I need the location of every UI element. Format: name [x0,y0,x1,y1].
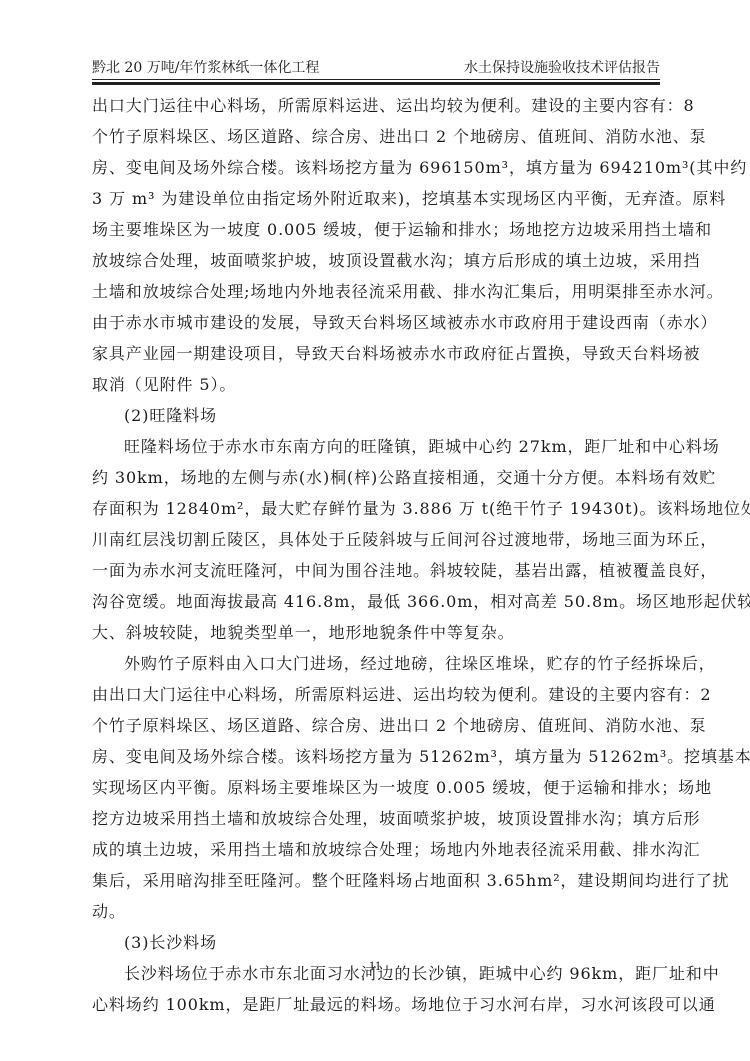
document-body: 出口大门运往中心料场，所需原料运进、运出均较为便利。建设的主要内容有：8个竹子原… [92,90,660,1020]
header-project-title: 黔北 20 万吨/年竹浆林纸一体化工程 [92,57,319,77]
header-report-title: 水土保持设施验收技术评估报告 [464,57,660,77]
text-line: 场主要堆垛区为一坡度 0.005 缓坡，便于运输和排水；场地挖方边坡采用挡土墙和 [92,214,660,245]
text-line: 旺隆料场位于赤水市东南方向的旺隆镇，距城中心约 27km，距厂址和中心料场 [92,431,660,462]
text-line: 由于赤水市城市建设的发展，导致天台料场区域被赤水市政府用于建设西南（赤水） [92,307,660,338]
text-line: 个竹子原料垛区、场区道路、综合房、进出口 2 个地磅房、值班间、消防水池、泵 [92,121,660,152]
text-line: 集后，采用暗沟排至旺隆河。整个旺隆料场占地面积 3.65hm²，建设期间均进行了… [92,865,660,896]
text-line: 沟谷宽缓。地面海拔最高 416.8m，最低 366.0m，相对高差 50.8m。… [92,586,660,617]
text-line: 个竹子原料垛区、场区道路、综合房、进出口 2 个地磅房、值班间、消防水池、泵 [92,710,660,741]
text-line: 动。 [92,896,660,927]
text-line: 川南红层浅切割丘陵区，具体处于丘陵斜坡与丘间河谷过渡地带，场地三面为环丘， [92,524,660,555]
text-line: 出口大门运往中心料场，所需原料运进、运出均较为便利。建设的主要内容有：8 [92,90,660,121]
text-line: 约 30km，场地的左侧与赤(水)桐(梓)公路直接相通，交通十分方便。本料场有效… [92,462,660,493]
section-heading: (2)旺隆料场 [92,400,660,431]
text-line: 由出口大门运往中心料场，所需原料运进、运出均较为便利。建设的主要内容有：2 [92,679,660,710]
text-line: 一面为赤水河支流旺隆河，中间为围谷洼地。斜坡较陡，基岩出露，植被覆盖良好， [92,555,660,586]
text-line: 心料场约 100km，是距厂址最远的料场。场地位于习水河右岸，习水河该段可以通 [92,989,660,1020]
text-line: 成的填土边坡，采用挡土墙和放坡综合处理；场地内外地表径流采用截、排水沟汇 [92,834,660,865]
page-number: 11 [0,958,750,974]
text-line: 家具产业园一期建设项目，导致天台料场被赤水市政府征占置换，导致天台料场被 [92,338,660,369]
header-rule-thick [92,82,660,85]
text-line: 房、变电间及场外综合楼。该料场挖方量为 696150m³，填方量为 694210… [92,152,660,183]
text-line: 实现场区内平衡。原料场主要堆垛区为一坡度 0.005 缓坡，便于运输和排水；场地 [92,772,660,803]
text-line: 3 万 m³ 为建设单位由指定场外附近取来)，挖填基本实现场区内平衡，无弃渣。原… [92,183,660,214]
section-heading: (3)长沙料场 [92,927,660,958]
text-line: 大、斜坡较陡，地貌类型单一，地形地貌条件中等复杂。 [92,617,660,648]
text-line: 取消（见附件 5）。 [92,369,660,400]
text-line: 外购竹子原料由入口大门进场，经过地磅，往垛区堆垛，贮存的竹子经拆垛后， [92,648,660,679]
header-rule-thin [92,79,660,80]
page-header: 黔北 20 万吨/年竹浆林纸一体化工程 水土保持设施验收技术评估报告 [92,57,660,77]
text-line: 挖方边坡采用挡土墙和放坡综合处理，坡面喷浆护坡，坡顶设置排水沟；填方后形 [92,803,660,834]
text-line: 存面积为 12840m²，最大贮存鲜竹量为 3.886 万 t(绝干竹子 194… [92,493,660,524]
text-line: 房、变电间及场外综合楼。该料场挖方量为 51262m³，填方量为 51262m³… [92,741,660,772]
text-line: 土墙和放坡综合处理;场地内外地表径流采用截、排水沟汇集后，用明渠排至赤水河。 [92,276,660,307]
text-line: 放坡综合处理，坡面喷浆护坡，坡顶设置截水沟；填方后形成的填土边坡，采用挡 [92,245,660,276]
